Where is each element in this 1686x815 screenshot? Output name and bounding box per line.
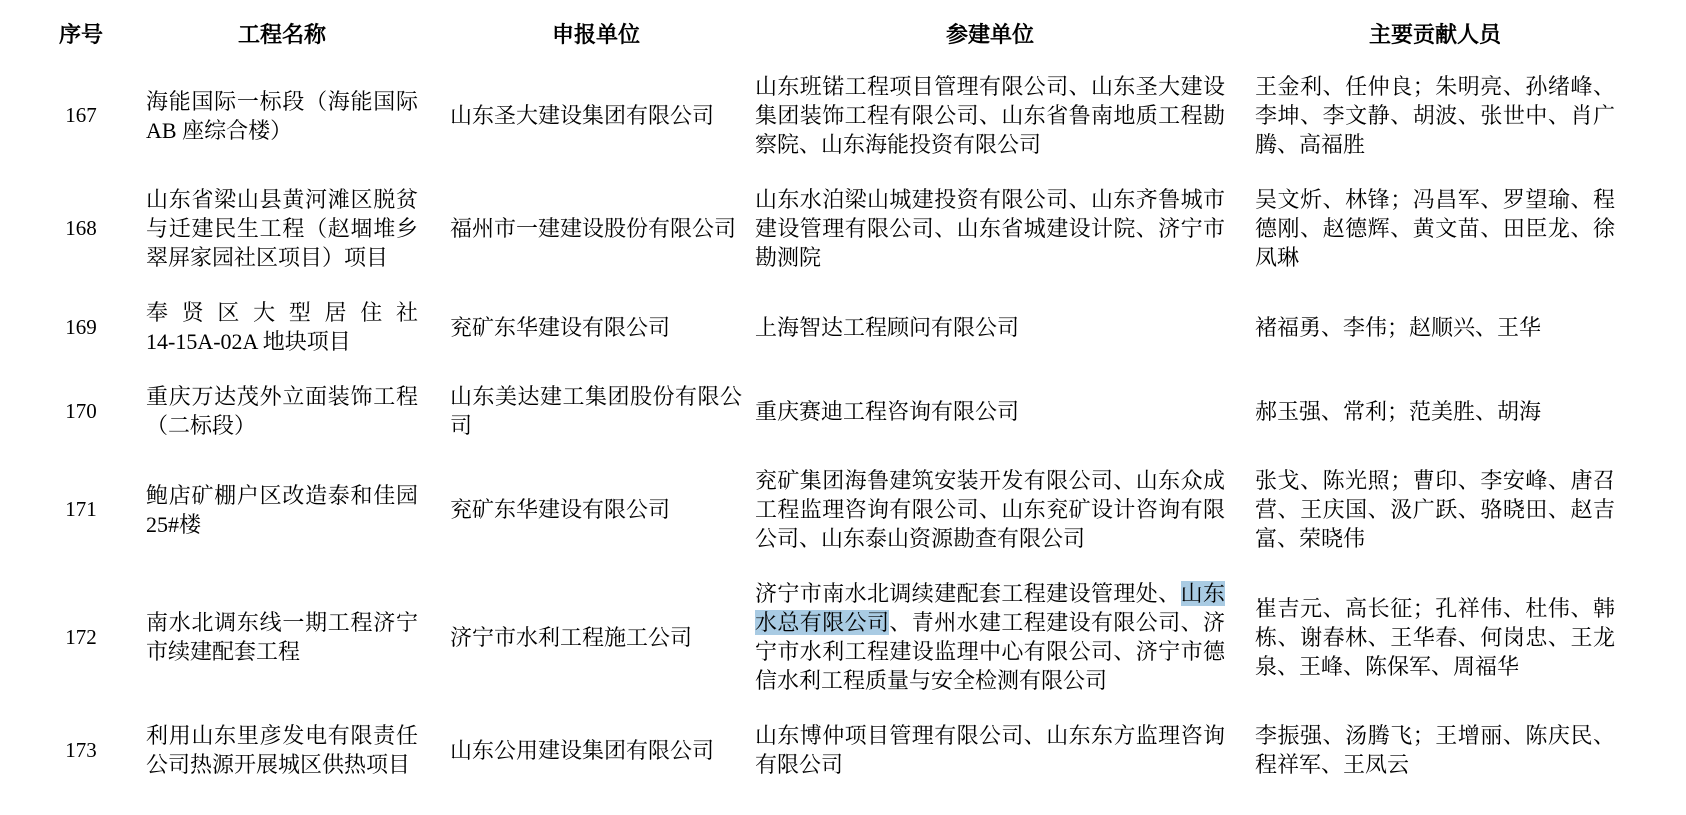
table-row: 172南水北调东线一期工程济宁市续建配套工程济宁市水利工程施工公司济宁市南水北调… xyxy=(52,566,1615,708)
applicant-unit-cell: 山东圣大建设集团有限公司 xyxy=(418,59,742,172)
main-contributors-cell: 张戈、陈光照；曹印、李安峰、唐召营、王庆国、汲广跃、骆晓田、赵吉富、荣晓伟 xyxy=(1225,453,1615,566)
table-row: 169奉贤区大型居住社 14-15A-02A 地块项目兖矿东华建设有限公司上海智… xyxy=(52,285,1615,369)
header-row: 序号工程名称申报单位参建单位主要贡献人员 xyxy=(52,4,1615,59)
column-header-participants: 参建单位 xyxy=(742,4,1225,59)
participating-units-cell: 济宁市南水北调续建配套工程建设管理处、山东水总有限公司、青州水建工程建设有限公司… xyxy=(742,566,1225,708)
applicant-unit-cell: 兖矿东华建设有限公司 xyxy=(418,285,742,369)
row-number: 172 xyxy=(52,566,110,708)
latin-text-run: 25# xyxy=(146,512,179,537)
main-contributors-cell: 崔吉元、高长征；孔祥伟、杜伟、韩栋、谢春林、王华春、何岗忠、王龙泉、王峰、陈保军… xyxy=(1225,566,1615,708)
table-row: 171鲍店矿棚户区改造泰和佳园 25#楼兖矿东华建设有限公司兖矿集团海鲁建筑安装… xyxy=(52,453,1615,566)
participating-units-cell: 山东博仲项目管理有限公司、山东东方监理咨询有限公司 xyxy=(742,708,1225,792)
project-name-cell: 鲍店矿棚户区改造泰和佳园 25#楼 xyxy=(110,453,418,566)
main-contributors-cell: 褚福勇、李伟；赵顺兴、王华 xyxy=(1225,285,1615,369)
row-number: 169 xyxy=(52,285,110,369)
column-header-applicant: 申报单位 xyxy=(418,4,742,59)
main-contributors-cell: 吴文炘、林锋；冯昌军、罗望瑜、程德刚、赵德辉、黄文苗、田臣龙、徐凤琳 xyxy=(1225,172,1615,285)
row-number: 167 xyxy=(52,59,110,172)
applicant-unit-cell: 济宁市水利工程施工公司 xyxy=(418,566,742,708)
project-name-cell: 南水北调东线一期工程济宁市续建配套工程 xyxy=(110,566,418,708)
column-header-no: 序号 xyxy=(52,4,110,59)
table-row: 167海能国际一标段（海能国际 AB 座综合楼）山东圣大建设集团有限公司山东班锘… xyxy=(52,59,1615,172)
project-name-cell: 奉贤区大型居住社 14-15A-02A 地块项目 xyxy=(110,285,418,369)
latin-text-run: 14-15A-02A xyxy=(146,329,257,354)
row-number: 173 xyxy=(52,708,110,792)
applicant-unit-cell: 兖矿东华建设有限公司 xyxy=(418,453,742,566)
table-row: 168山东省梁山县黄河滩区脱贫与迁建民生工程（赵堌堆乡翠屏家园社区项目）项目福州… xyxy=(52,172,1615,285)
main-contributors-cell: 王金利、任仲良；朱明亮、孙绪峰、李坤、李文静、胡波、张世中、肖广腾、高福胜 xyxy=(1225,59,1615,172)
projects-table: 序号工程名称申报单位参建单位主要贡献人员 167海能国际一标段（海能国际 AB … xyxy=(52,4,1615,792)
participating-units-cell: 兖矿集团海鲁建筑安装开发有限公司、山东众成工程监理咨询有限公司、山东兖矿设计咨询… xyxy=(742,453,1225,566)
project-name-cell: 山东省梁山县黄河滩区脱贫与迁建民生工程（赵堌堆乡翠屏家园社区项目）项目 xyxy=(110,172,418,285)
project-name-cell: 海能国际一标段（海能国际 AB 座综合楼） xyxy=(110,59,418,172)
applicant-unit-cell: 福州市一建建设股份有限公司 xyxy=(418,172,742,285)
column-header-contributors: 主要贡献人员 xyxy=(1225,4,1615,59)
row-number: 170 xyxy=(52,369,110,453)
applicant-unit-cell: 山东美达建工集团股份有限公司 xyxy=(418,369,742,453)
row-number: 171 xyxy=(52,453,110,566)
table-row: 170重庆万达茂外立面装饰工程（二标段）山东美达建工集团股份有限公司重庆赛迪工程… xyxy=(52,369,1615,453)
participating-units-cell: 重庆赛迪工程咨询有限公司 xyxy=(742,369,1225,453)
row-number: 168 xyxy=(52,172,110,285)
participating-units-cell: 上海智达工程顾问有限公司 xyxy=(742,285,1225,369)
column-header-project: 工程名称 xyxy=(110,4,418,59)
main-contributors-cell: 李振强、汤腾飞；王增丽、陈庆民、程祥军、王凤云 xyxy=(1225,708,1615,792)
applicant-unit-cell: 山东公用建设集团有限公司 xyxy=(418,708,742,792)
table-row: 173利用山东里彦发电有限责任公司热源开展城区供热项目山东公用建设集团有限公司山… xyxy=(52,708,1615,792)
project-name-cell: 利用山东里彦发电有限责任公司热源开展城区供热项目 xyxy=(110,708,418,792)
project-name-cell: 重庆万达茂外立面装饰工程（二标段） xyxy=(110,369,418,453)
highlighted-text: 山东水总有限公司 xyxy=(755,581,1225,635)
main-contributors-cell: 郝玉强、常利；范美胜、胡海 xyxy=(1225,369,1615,453)
participating-units-cell: 山东水泊梁山城建投资有限公司、山东齐鲁城市建设管理有限公司、山东省城建设计院、济… xyxy=(742,172,1225,285)
participating-units-cell: 山东班锘工程项目管理有限公司、山东圣大建设集团装饰工程有限公司、山东省鲁南地质工… xyxy=(742,59,1225,172)
document-page: 序号工程名称申报单位参建单位主要贡献人员 167海能国际一标段（海能国际 AB … xyxy=(0,4,1686,792)
latin-text-run: AB xyxy=(146,118,177,143)
